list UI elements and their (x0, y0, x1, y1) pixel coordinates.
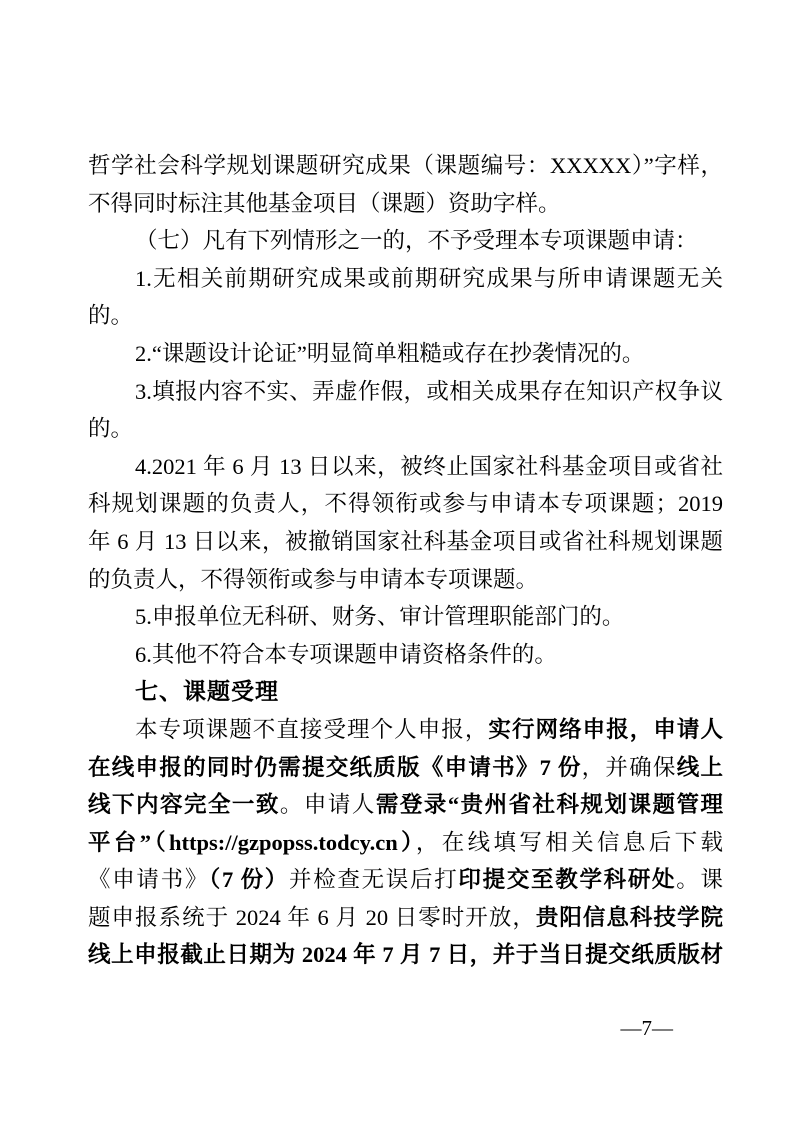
text-line: 不得同时标注其他基金项目（课题）资助字样。 (88, 185, 723, 223)
text-run: 《申请书》 (88, 867, 209, 892)
text-run: 1.无相关前期研究成果或前期研究成果与所申请课题无关 (135, 266, 723, 291)
text-run: 3.填报内容不实、弄虚作假，或相关成果存在知识产权争议 (135, 379, 723, 404)
text-line: 6.其他不符合本专项课题申请资格条件的。 (88, 636, 723, 674)
text-run: 的负责人，不得领衔或参与申请本专项课题。 (88, 567, 538, 592)
text-run: 题申报系统于 2024 年 6 月 20 日零时开放， (88, 905, 536, 930)
text-run: 6.其他不符合本专项课题申请资格条件的。 (135, 642, 557, 667)
text-run: 科规划课题的负责人，不得领衔或参与申请本专项课题；2019 (88, 491, 723, 516)
page-number: —7— (621, 1014, 674, 1042)
text-line: 哲学社会科学规划课题研究成果（课题编号：XXXXX）”字样， (88, 147, 723, 185)
text-run: 的。 (88, 416, 133, 441)
text-run: 不得同时标注其他基金项目（课题）资助字样。 (88, 191, 561, 216)
text-line: 平台”（https://gzpopss.todcy.cn），在线填写相关信息后下… (88, 824, 723, 862)
text-run: 线下内容完全一致 (88, 792, 280, 817)
text-run: 印提交至教学科研处 (458, 867, 676, 892)
text-line: 本专项课题不直接受理个人申报，实行网络申报，申请人 (88, 711, 723, 749)
text-line: 《申请书》（7 份）并检查无误后打印提交至教学科研处。课 (88, 861, 723, 899)
text-line: 科规划课题的负责人，不得领衔或参与申请本专项课题；2019 (88, 485, 723, 523)
text-run: （7 份） (209, 867, 289, 892)
text-run: 年 6 月 13 日以来，被撤销国家社科基金项目或省社科规划课题 (88, 529, 723, 554)
text-run: 本专项课题不直接受理个人申报， (135, 717, 488, 742)
text-line: 在线申报的同时仍需提交纸质版《申请书》7 份，并确保线上 (88, 749, 723, 787)
text-run: 七、课题受理 (135, 678, 279, 704)
text-line: 的负责人，不得领衔或参与申请本专项课题。 (88, 561, 723, 599)
text-run: 需登录“贵州省社科规划课题管理 (376, 792, 723, 817)
text-line: 的。 (88, 410, 723, 448)
text-block: 哲学社会科学规划课题研究成果（课题编号：XXXXX）”字样，不得同时标注其他基金… (88, 147, 723, 974)
text-line: 的。 (88, 297, 723, 335)
text-line: 1.无相关前期研究成果或前期研究成果与所申请课题无关 (88, 260, 723, 298)
text-line: 4.2021 年 6 月 13 日以来，被终止国家社科基金项目或省社 (88, 448, 723, 486)
text-run: 哲学社会科学规划课题研究成果（课题编号：XXXXX）”字样， (88, 153, 723, 178)
text-line: 年 6 月 13 日以来，被撤销国家社科基金项目或省社科规划课题 (88, 523, 723, 561)
section-heading: 七、课题受理 (88, 673, 723, 711)
text-run: 5.申报单位无科研、财务、审计管理职能部门的。 (135, 604, 624, 629)
text-run: 线上 (677, 755, 723, 780)
text-run: ，在线填写相关信息后下载 (416, 830, 723, 855)
text-line: 题申报系统于 2024 年 6 月 20 日零时开放，贵阳信息科技学院 (88, 899, 723, 937)
text-run: 线上申报截止日期为 2024 年 7 月 7 日，并于当日提交纸质版材 (88, 942, 723, 967)
text-run: 贵阳信息科技学院 (536, 905, 723, 930)
text-run: 。课 (676, 867, 723, 892)
document-page: 哲学社会科学规划课题研究成果（课题编号：XXXXX）”字样，不得同时标注其他基金… (0, 0, 793, 1122)
text-run: ，并确保 (582, 755, 677, 780)
text-run: 。申请人 (280, 792, 376, 817)
text-run: 2.“课题设计论证”明显简单粗糙或存在抄袭情况的。 (135, 341, 644, 366)
text-run: 在线申报的同时仍需提交纸质版《申请书》7 份 (88, 755, 582, 780)
text-line: （七）凡有下列情形之一的，不予受理本专项课题申请： (88, 222, 723, 260)
text-run: 的。 (88, 303, 133, 328)
text-run: 并检查无误后打 (289, 867, 458, 892)
text-line: 线下内容完全一致。申请人需登录“贵州省社科规划课题管理 (88, 786, 723, 824)
text-line: 3.填报内容不实、弄虚作假，或相关成果存在知识产权争议 (88, 373, 723, 411)
text-line: 5.申报单位无科研、财务、审计管理职能部门的。 (88, 598, 723, 636)
text-run: 实行网络申报，申请人 (488, 717, 723, 742)
text-run: （七）凡有下列情形之一的，不予受理本专项课题申请： (135, 228, 698, 253)
text-line: 2.“课题设计论证”明显简单粗糙或存在抄袭情况的。 (88, 335, 723, 373)
text-run: 4.2021 年 6 月 13 日以来，被终止国家社科基金项目或省社 (135, 454, 723, 479)
text-line: 线上申报截止日期为 2024 年 7 月 7 日，并于当日提交纸质版材 (88, 936, 723, 974)
text-run: 平台”（https://gzpopss.todcy.cn） (88, 830, 416, 855)
